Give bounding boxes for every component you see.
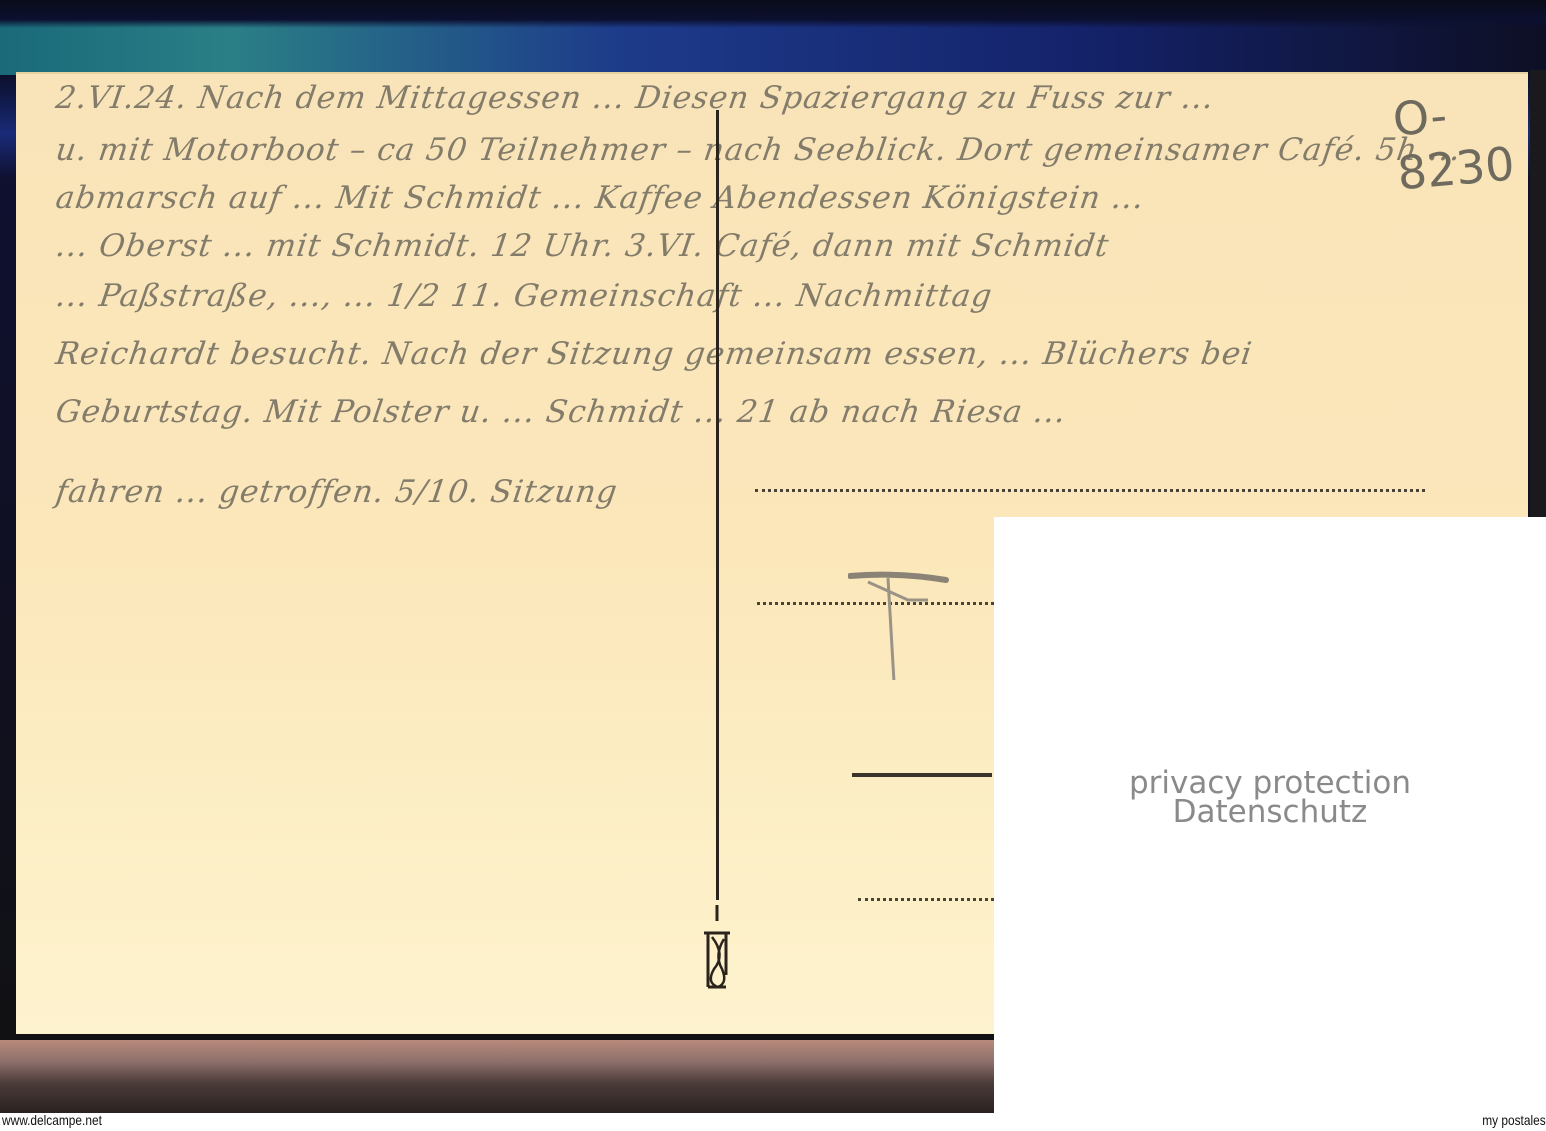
address-underline [852, 773, 992, 777]
handwriting-line: Reichardt besucht. Nach der Sitzung geme… [53, 336, 1254, 372]
handwriting-line: Geburtstag. Mit Polster u. ... Schmidt .… [53, 394, 1068, 430]
handwriting-line: abmarsch auf ... Mit Schmidt ... Kaffee … [53, 180, 1146, 216]
privacy-text-de: Datenschutz [994, 798, 1546, 827]
center-divider [716, 110, 719, 900]
handwriting-line: 2.VI.24. Nach dem Mittagessen ... Diesen… [53, 80, 1216, 116]
address-line-3 [858, 898, 994, 901]
handwriting-line: fahren ... getroffen. 5/10. Sitzung [53, 474, 620, 510]
privacy-protection-overlay: privacy protection Datenschutz [994, 517, 1546, 1113]
footer-seller: my postales [1483, 1112, 1546, 1131]
address-line-1 [755, 489, 1425, 492]
publisher-monogram-icon [700, 905, 734, 997]
handwriting-line: u. mit Motorboot – ca 50 Teilnehmer – na… [53, 132, 1463, 168]
footer-source-link[interactable]: www.delcampe.net [2, 1112, 102, 1131]
handwriting-line: ... Paßstraße, ..., ... 1/2 11. Gemeinsc… [53, 278, 994, 314]
background-top [0, 0, 1546, 75]
reference-number: O-8230 [1391, 80, 1546, 201]
stamp-mark-icon [848, 570, 978, 680]
handwriting-line: ... Oberst ... mit Schmidt. 12 Uhr. 3.VI… [53, 228, 1111, 264]
